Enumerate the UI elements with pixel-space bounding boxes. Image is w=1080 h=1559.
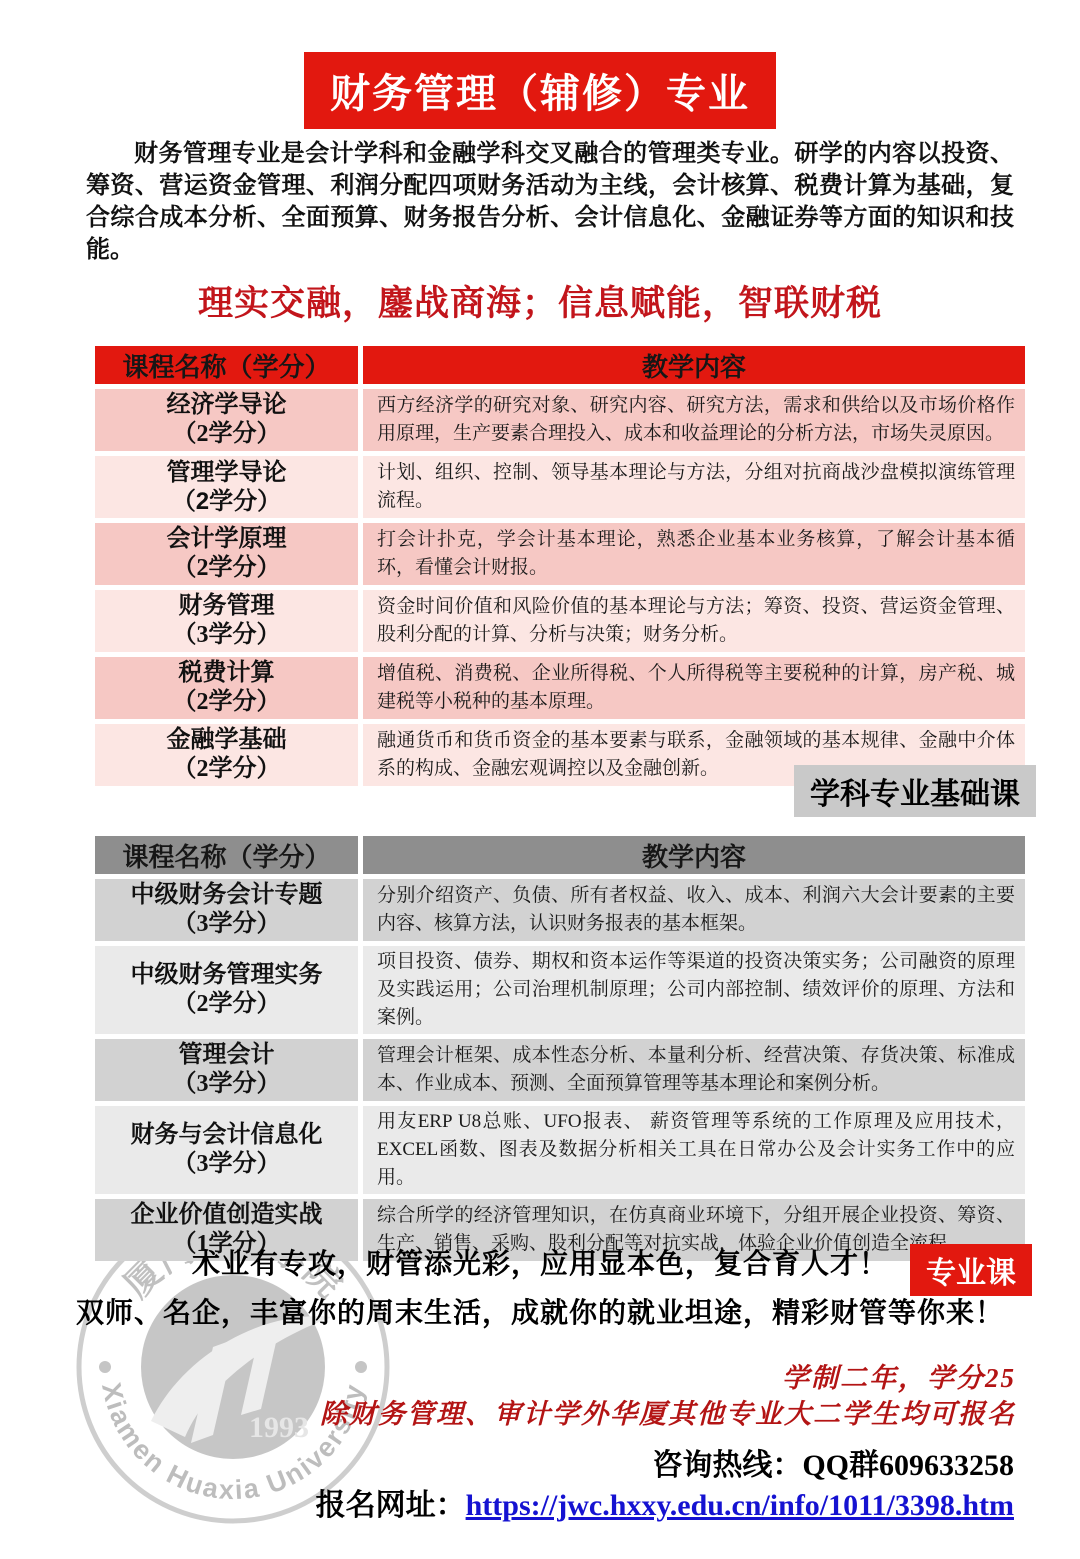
course-name-header: 课程名称（学分）: [95, 346, 358, 384]
course-name-cell: 财务管理（3学分）: [95, 590, 358, 652]
course-credits: （2学分）: [99, 487, 354, 516]
course-content: 分别介绍资产、负债、所有者权益、收入、成本、利润六大会计要素的主要内容、核算方法…: [377, 885, 1015, 934]
table-header-row: 课程名称（学分） 教学内容: [95, 836, 1025, 874]
course-content-cell: 西方经济学的研究对象、研究内容、研究方法，需求和供给以及市场价格作用原理，生产要…: [363, 389, 1025, 451]
table-row: 中级财务会计专题（3学分）分别介绍资产、负债、所有者权益、收入、成本、利润六大会…: [95, 879, 1025, 941]
course-content-cell: 增值税、消费税、企业所得税、个人所得税等主要税种的计算，房产税、城建税等小税种的…: [363, 657, 1025, 719]
course-name-cell: 管理会计（3学分）: [95, 1039, 358, 1101]
course-content-cell: 管理会计框架、成本性态分析、本量利分析、经营决策、存货决策、标准成本、作业成本、…: [363, 1039, 1025, 1101]
hotline-qq-group: QQ群609633258: [802, 1449, 1014, 1482]
basic-courses-badge: 学科专业基础课: [794, 765, 1036, 817]
course-credits: （2学分）: [99, 990, 354, 1019]
course-credits: （2学分）: [99, 755, 354, 784]
major-courses-table: 课程名称（学分） 教学内容 中级财务会计专题（3学分）分别介绍资产、负债、所有者…: [90, 831, 1030, 1266]
basic-courses-table-wrap: 课程名称（学分） 教学内容 经济学导论（2学分）西方经济学的研究对象、研究内容、…: [90, 341, 1030, 791]
course-credits: （2学分）: [99, 688, 354, 717]
table-row: 中级财务管理实务（2学分）项目投资、债券、期权和资本运作等渠道的投资决策实务；公…: [95, 946, 1025, 1034]
course-content: 资金时间价值和风险价值的基本理论与方法；筹资、投资、营运资金管理、股利分配的计算…: [377, 596, 1015, 645]
registration-url-link[interactable]: https://jwc.hxxy.edu.cn/info/1011/3398.h…: [466, 1489, 1014, 1522]
course-credits: （3学分）: [99, 621, 354, 650]
hotline-line: 咨询热线：QQ群609633258: [652, 1440, 1014, 1484]
course-content-cell: 用友ERP U8总账、UFO报表、 薪资管理等系统的工作原理及应用技术，EXCE…: [363, 1106, 1025, 1194]
table-row: 财务管理（3学分）资金时间价值和风险价值的基本理论与方法；筹资、投资、营运资金管…: [95, 590, 1025, 652]
course-name-cell: 管理学导论（2学分）: [95, 456, 358, 518]
hotline-label: 咨询热线：: [652, 1449, 802, 1482]
course-content: 计划、组织、控制、领导基本理论与方法，分组对抗商战沙盘模拟演练管理流程。: [377, 462, 1015, 511]
page-title: 财务管理（辅修）专业: [330, 72, 750, 116]
teaching-content-header: 教学内容: [363, 346, 1025, 384]
teaching-content-header: 教学内容: [363, 836, 1025, 874]
seal-year: 1993: [249, 1411, 309, 1444]
slogan-headline: 理实交融，鏖战商海；信息赋能，智联财税: [0, 276, 1080, 326]
course-name-header: 课程名称（学分）: [95, 836, 358, 874]
course-name: 管理会计: [99, 1041, 354, 1070]
registration-line: 报名网址：https://jwc.hxxy.edu.cn/info/1011/3…: [316, 1480, 1014, 1524]
course-credits: （2学分）: [99, 554, 354, 583]
eligibility-note: 除财务管理、审计学外华厦其他专业大二学生均可报名: [320, 1392, 1016, 1431]
course-content-cell: 项目投资、债券、期权和资本运作等渠道的投资决策实务；公司融资的原理及实践运用；公…: [363, 946, 1025, 1034]
course-name-cell: 中级财务会计专题（3学分）: [95, 879, 358, 941]
page-title-banner: 财务管理（辅修）专业: [304, 52, 776, 129]
course-credits: （3学分）: [99, 1150, 354, 1179]
basic-courses-table: 课程名称（学分） 教学内容 经济学导论（2学分）西方经济学的研究对象、研究内容、…: [90, 341, 1030, 791]
course-name-cell: 财务与会计信息化（3学分）: [95, 1106, 358, 1194]
course-name: 财务管理: [99, 592, 354, 621]
table-header-row: 课程名称（学分） 教学内容: [95, 346, 1025, 384]
course-name: 中级财务会计专题: [99, 881, 354, 910]
course-content-cell: 计划、组织、控制、领导基本理论与方法，分组对抗商战沙盘模拟演练管理流程。: [363, 456, 1025, 518]
flyer-page: 厦门华厦学院 Xiamen Huaxia University 1993 财务管…: [0, 0, 1080, 1559]
table-row: 财务与会计信息化（3学分）用友ERP U8总账、UFO报表、 薪资管理等系统的工…: [95, 1106, 1025, 1194]
course-name: 中级财务管理实务: [99, 961, 354, 990]
course-credits: （3学分）: [99, 910, 354, 939]
course-content: 项目投资、债券、期权和资本运作等渠道的投资决策实务；公司融资的原理及实践运用；公…: [377, 951, 1015, 1028]
seal-dot-left: [99, 1361, 111, 1373]
course-content: 用友ERP U8总账、UFO报表、 薪资管理等系统的工作原理及应用技术，EXCE…: [377, 1111, 1015, 1188]
course-content: 打会计扑克，学会计基本理论，熟悉企业基本业务核算，了解会计基本循环，看懂会计财报…: [377, 529, 1015, 578]
registration-label: 报名网址：: [316, 1489, 466, 1522]
seal-dot-right: [355, 1361, 367, 1373]
course-name: 管理学导论: [99, 458, 354, 487]
course-content: 管理会计框架、成本性态分析、本量利分析、经营决策、存货决策、标准成本、作业成本、…: [377, 1045, 1015, 1094]
course-name-cell: 会计学原理（2学分）: [95, 523, 358, 585]
course-name-cell: 金融学基础（2学分）: [95, 724, 358, 786]
table-row: 会计学原理（2学分）打会计扑克，学会计基本理论，熟悉企业基本业务核算，了解会计基…: [95, 523, 1025, 585]
course-content-cell: 资金时间价值和风险价值的基本理论与方法；筹资、投资、营运资金管理、股利分配的计算…: [363, 590, 1025, 652]
table-row: 管理学导论（2学分）计划、组织、控制、领导基本理论与方法，分组对抗商战沙盘模拟演…: [95, 456, 1025, 518]
course-name: 财务与会计信息化: [99, 1121, 354, 1150]
course-name: 金融学基础: [99, 726, 354, 755]
seal-stroke-right: [241, 1329, 279, 1415]
major-courses-table-wrap: 课程名称（学分） 教学内容 中级财务会计专题（3学分）分别介绍资产、负债、所有者…: [90, 831, 1030, 1266]
course-name-cell: 经济学导论（2学分）: [95, 389, 358, 451]
course-name: 税费计算: [99, 659, 354, 688]
duration-credits-note: 学制二年，学分25: [782, 1356, 1016, 1395]
course-content: 西方经济学的研究对象、研究内容、研究方法，需求和供给以及市场价格作用原理，生产要…: [377, 395, 1015, 444]
major-courses-badge: 专业课: [910, 1244, 1032, 1296]
course-credits: （3学分）: [99, 1070, 354, 1099]
course-name-cell: 中级财务管理实务（2学分）: [95, 946, 358, 1034]
course-name: 企业价值创造实战: [99, 1201, 354, 1230]
course-content-cell: 分别介绍资产、负债、所有者权益、收入、成本、利润六大会计要素的主要内容、核算方法…: [363, 879, 1025, 941]
course-content-cell: 打会计扑克，学会计基本理论，熟悉企业基本业务核算，了解会计基本循环，看懂会计财报…: [363, 523, 1025, 585]
course-content: 增值税、消费税、企业所得税、个人所得税等主要税种的计算，房产税、城建税等小税种的…: [377, 663, 1015, 712]
footer-slogan-2: 双师、名企，丰富你的周末生活，成就你的就业坦途，精彩财管等你来！: [0, 1291, 1080, 1331]
course-credits: （2学分）: [99, 420, 354, 449]
table-row: 管理会计（3学分）管理会计框架、成本性态分析、本量利分析、经营决策、存货决策、标…: [95, 1039, 1025, 1101]
course-name: 会计学原理: [99, 525, 354, 554]
course-name: 经济学导论: [99, 391, 354, 420]
seal-stroke-left: [191, 1339, 235, 1443]
course-name-cell: 税费计算（2学分）: [95, 657, 358, 719]
table-row: 经济学导论（2学分）西方经济学的研究对象、研究内容、研究方法，需求和供给以及市场…: [95, 389, 1025, 451]
seal-swoosh: [151, 1316, 333, 1437]
intro-paragraph: 财务管理专业是会计学科和金融学科交叉融合的管理类专业。研学的内容以投资、筹资、营…: [86, 138, 1014, 266]
table-row: 税费计算（2学分）增值税、消费税、企业所得税、个人所得税等主要税种的计算，房产税…: [95, 657, 1025, 719]
